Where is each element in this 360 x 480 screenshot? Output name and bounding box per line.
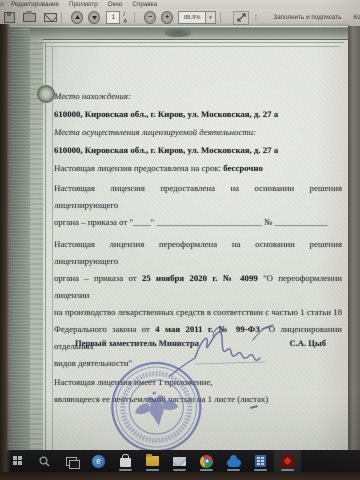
frame-line [45, 42, 46, 450]
license-page: Место нахождения:610000, Кировская обл.,… [10, 26, 348, 450]
doc-line: Настоящая лицензия предоставлена на осно… [54, 180, 342, 214]
page-number-input[interactable]: 1 [106, 11, 120, 24]
windows-taskbar: e [0, 450, 360, 472]
doc-line: Настоящая лицензия переоформлена на осно… [54, 236, 342, 270]
taskbar-edge[interactable]: e [85, 450, 112, 472]
toolbar: 1 / 4 − + 88,9% ▾ ⋮ Заполнить и подписат… [0, 9, 360, 27]
cloud-icon [227, 459, 241, 467]
edge-icon: e [92, 455, 105, 468]
photo-bezel-left [0, 24, 11, 472]
frame-line [28, 42, 344, 43]
toolbar-separator [61, 12, 62, 23]
previous-page-button[interactable] [71, 11, 83, 24]
menu-item-window[interactable]: Окно [103, 1, 128, 8]
toolbar-separator [134, 12, 135, 23]
zoom-dropdown-button[interactable]: ▾ [206, 11, 215, 24]
save-button[interactable] [0, 12, 15, 23]
photographed-screen: л Редактирование Просмотр Окно Справка 1… [0, 0, 360, 480]
page-right-edge [348, 26, 360, 450]
mail-icon [173, 457, 186, 466]
doc-paragraph: Настоящая лицензия предоставлена на осно… [54, 180, 342, 231]
windows-logo-icon [13, 456, 23, 466]
taskbar-chrome[interactable] [193, 450, 220, 472]
toolbar-separator [220, 12, 221, 23]
next-page-button[interactable] [88, 11, 100, 24]
menu-item-file-partial[interactable]: л [0, 1, 6, 8]
frame-line [52, 46, 53, 450]
double-headed-eagle-emblem [132, 389, 180, 429]
doc-paragraph: Место нахождения: [54, 88, 342, 105]
chrome-icon [200, 455, 213, 468]
taskbar-acrobat[interactable] [274, 450, 301, 472]
zoom-level-value: 88,9% [184, 15, 200, 21]
photo-bezel-bottom [0, 472, 360, 480]
menu-item-edit[interactable]: Редактирование [6, 1, 64, 8]
fill-sign-button[interactable]: Заполнить и подписать [273, 14, 341, 21]
printer-icon [23, 13, 36, 22]
document-viewport[interactable]: Место нахождения:610000, Кировская обл.,… [0, 26, 360, 450]
round-official-stamp [102, 351, 210, 459]
comment-button[interactable]: Ко [353, 14, 360, 21]
open-indicator [146, 469, 159, 471]
taskbar-store[interactable] [112, 450, 139, 472]
doc-line: Настоящая лицензия предоставлена на срок… [54, 160, 342, 177]
page-number-value: 1 [112, 14, 116, 21]
calculator-icon [255, 455, 266, 467]
doc-line: Места осуществления лицензируемой деятел… [54, 124, 342, 141]
email-button[interactable] [36, 13, 57, 22]
open-indicator [173, 469, 186, 471]
store-icon [120, 458, 131, 467]
signer-name: С.А. Цыб [289, 338, 326, 348]
search-icon [39, 456, 50, 467]
taskbar-mail[interactable] [166, 450, 193, 472]
taskbar-calculator[interactable] [247, 450, 274, 472]
doc-line: органа – приказа от "____" _____________… [54, 214, 342, 231]
taskbar-onedrive[interactable] [220, 450, 247, 472]
task-view-icon [66, 457, 77, 466]
more-tools-button[interactable]: ⋮ [252, 14, 259, 22]
print-button[interactable] [15, 13, 36, 22]
zoom-in-button[interactable]: + [161, 11, 173, 24]
save-icon [4, 12, 15, 23]
doc-paragraph: 610000, Кировская обл., г. Киров, ул. Мо… [54, 106, 342, 123]
open-indicator [200, 469, 213, 471]
border-rosette-ornament [37, 85, 55, 103]
doc-line: Место нахождения: [54, 88, 342, 105]
doc-paragraph: Места осуществления лицензируемой деятел… [54, 124, 342, 141]
doc-line: 610000, Кировская обл., г. Киров, ул. Мо… [54, 106, 342, 123]
doc-paragraph: Настоящая лицензия предоставлена на срок… [54, 160, 342, 177]
open-indicator [227, 469, 240, 471]
arrow-down-icon [91, 14, 98, 21]
expand-icon [237, 13, 246, 22]
page-total-label: / 4 [123, 11, 130, 25]
taskbar-search-button[interactable] [31, 450, 58, 472]
task-view-button[interactable] [58, 450, 85, 472]
taskbar-file-explorer[interactable] [139, 450, 166, 472]
envelope-icon [44, 13, 57, 22]
fullscreen-button[interactable] [233, 11, 250, 25]
menu-bar: л Редактирование Просмотр Окно Справка [0, 0, 360, 9]
open-indicator [119, 469, 132, 471]
zoom-out-button[interactable]: − [144, 11, 156, 24]
ornamental-border-top [10, 27, 348, 40]
menu-item-help[interactable]: Справка [127, 1, 162, 8]
frame-line [34, 46, 340, 47]
chevron-down-icon: ▾ [209, 15, 212, 21]
doc-paragraph: 610000, Кировская обл., г. Киров, ул. Мо… [54, 142, 342, 159]
folder-icon [146, 456, 159, 466]
menu-item-view[interactable]: Просмотр [64, 1, 103, 8]
ornamental-border-left [10, 27, 30, 450]
acrobat-icon [281, 455, 294, 468]
zoom-level-input[interactable]: 88,9% [178, 11, 206, 24]
arrow-up-icon [74, 14, 81, 21]
open-indicator [281, 469, 294, 471]
open-indicator [254, 469, 267, 471]
doc-line: 610000, Кировская обл., г. Киров, ул. Мо… [54, 142, 342, 159]
